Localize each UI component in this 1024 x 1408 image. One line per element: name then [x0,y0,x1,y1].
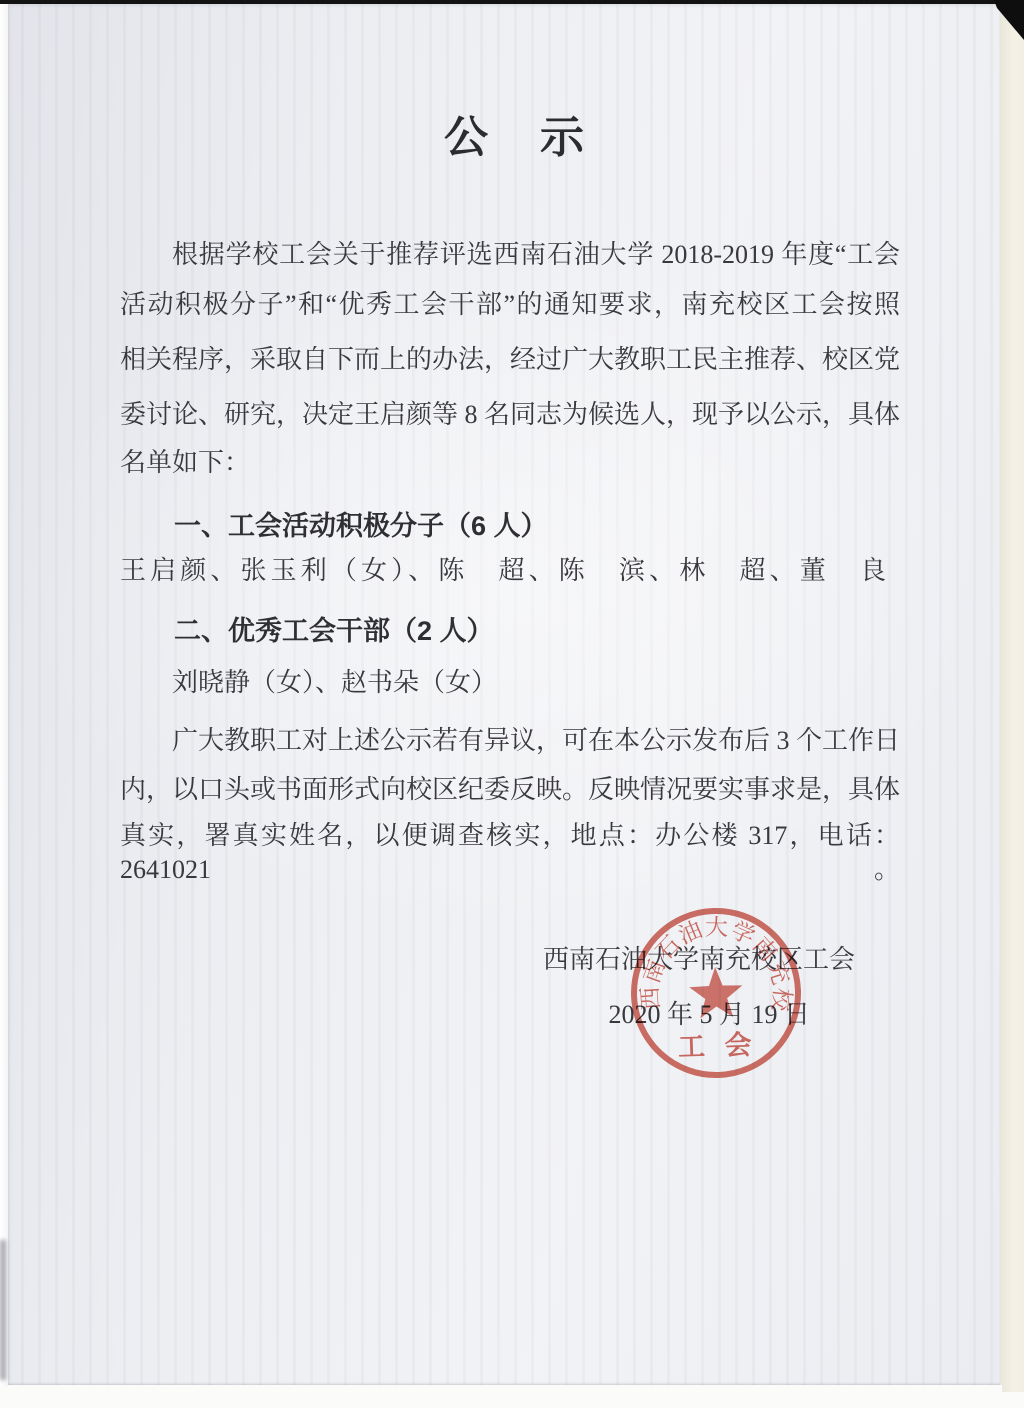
seal-star-icon [689,966,744,1019]
page-title: 公 示 [4,110,1024,166]
scanner-bed-right [1000,0,1024,1392]
paragraph-line: 委讨论、研究，决定王启颜等 8 名同志为候选人，现予以公示，具体 [120,398,900,432]
seal-center-text: 工 会 [678,1030,759,1063]
paragraph-line: 活动积极分子”和“优秀工会干部”的通知要求，南充校区工会按照 [120,288,900,322]
section2-heading: 二、优秀工会干部（2 人） [120,614,900,648]
paragraph-line: 相关程序，采取自下而上的办法，经过广大教职工民主推荐、校区党 [120,343,900,377]
section2-names: 刘晓静（女）、赵书朵（女） [120,666,900,700]
scan-edge-top [0,0,1024,4]
paragraph-line: 名单如下： [120,446,900,480]
official-seal: 西南石油大学南充校区 工 会 [625,900,807,1086]
scan-smudge [0,1240,6,1380]
paragraph-line: 广大教职工对上述公示若有异议，可在本公示发布后 3 个工作日 [120,724,900,758]
scanned-document: 公 示 根据学校工会关于推荐评选西南石油大学 2018-2019 年度“工会 活… [0,0,1024,1408]
scan-edge-left [0,0,8,1386]
paragraph-line: 根据学校工会关于推荐评选西南石油大学 2018-2019 年度“工会 [120,238,900,272]
section1-heading: 一、工会活动积极分子（6 人） [120,509,900,543]
paragraph-line: 内，以口头或书面形式向校区纪委反映。反映情况要实事求是，具体 [120,773,900,807]
scanner-bed-bottom [0,1385,1002,1408]
section1-names: 王启颜、张玉利（女）、陈 超、陈 滨、林 超、董 良 [120,554,886,588]
paragraph-line: 真实，署真实姓名，以便调查核实，地点：办公楼 317，电话：2641021。 [120,819,900,887]
